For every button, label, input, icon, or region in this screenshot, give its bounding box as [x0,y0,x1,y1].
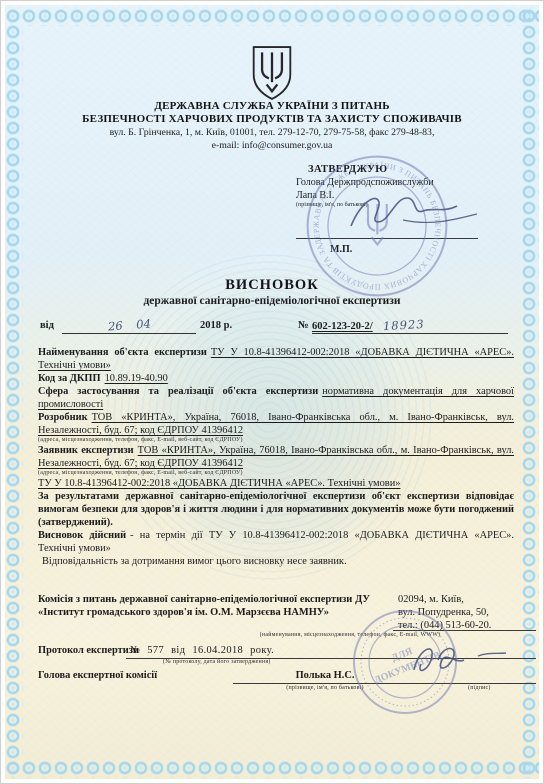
body-text-block: Найменування об'єкта експертизиТУ У 10.8… [38,346,514,568]
commission-underline [393,630,536,631]
date-fill-line: 26 04 [62,318,196,334]
object-paragraph: Найменування об'єкта експертизиТУ У 10.8… [38,346,514,372]
validity-paragraph: Висновок дійсний- на термін дії ТУ У 10.… [38,529,514,555]
commission-address-line2: вул. Попудренка, 50, [398,606,528,619]
guilloche-border-top [5,8,539,26]
protocol-value: № 577 від 16.04.2018 року. [130,645,274,656]
developer-hint: (адреса, місцезнаходження, телефон, факс… [38,437,514,444]
responsibility-line: Відповідальність за дотримання вимог цьо… [38,555,514,568]
document-title: ВИСНОВОК [0,277,544,294]
handwritten-date: 26 04 [107,317,151,334]
from-label: від [40,320,54,331]
ukraine-trident-emblem-icon [249,44,295,102]
developer-value: ТОВ «КРИНТА», Україна, 76018, Івано-Фран… [38,412,514,436]
number-sign: № [298,320,309,331]
org-address: вул. Б. Грінченка, 1, м. Київ, 01001, те… [0,127,544,139]
scanned-certificate-page: ДЕРЖАВНА СЛУЖБА УКРАЇНИ З ПИТАНЬ БЕЗПЕЧН… [0,0,544,784]
header-block: ДЕРЖАВНА СЛУЖБА УКРАЇНИ З ПИТАНЬ БЕЗПЕЧН… [0,100,544,152]
protocol-label: Протокол експертизи [38,645,139,656]
seal-place-mark: М.П. [330,243,524,256]
number-prefix: 602-123-20-2/ [312,321,373,332]
approve-label: ЗАТВЕРДЖУЮ [308,163,524,176]
validity-label: Висновок дійсний [38,530,126,541]
applicant-paragraph: Заявник експертизиТОВ «КРИНТА», Україна,… [38,444,514,470]
developer-label: Розробник [38,412,88,423]
number-fill-line: 602-123-20-2/18923 [312,318,508,334]
protocol-hint: (№ протоколу, дата його затвердження) [163,659,271,666]
handwritten-signature [345,182,483,240]
scope-label: Сфера застосування та реалізації об'єкта… [38,386,318,397]
dkpp-value: 10.89.19-40.90 [105,373,168,384]
chairman-label: Голова експертної комісії [38,670,157,681]
guilloche-border-bottom [5,760,539,778]
org-name-line2: БЕЗПЕЧНОСТІ ХАРЧОВИХ ПРОДУКТІВ ТА ЗАХИСТ… [0,113,544,126]
commission-name: Комісія з питань державної санітарно-епі… [38,593,370,619]
document-subtitle: державної санітарно-епідеміологічної екс… [0,295,544,307]
chairman-underline [233,683,536,684]
approval-block: ДЕРЖАВНА СЛУЖБА УКРАЇНИ З ПИТАНЬ БЕЗПЕЧН… [296,163,524,256]
applicant-label: Заявник експертизи [38,445,134,456]
org-email: e-mail: info@consumer.gov.ua [0,140,544,152]
handwritten-number: 18923 [382,317,424,333]
result-paragraph: За результатами державної санітарно-епід… [38,490,514,529]
tu-line: ТУ У 10.8-41396412-002:2018 «ДОБАВКА ДІЄ… [38,477,514,490]
commission-address: 02094, м. Київ, вул. Попудренка, 50, тел… [398,593,528,633]
chairman-name-hint: (прізвище, ім'я, по батькові) [240,685,410,692]
scope-paragraph: Сфера застосування та реалізації об'єкта… [38,385,514,411]
commission-address-line1: 02094, м. Київ, [398,593,528,606]
dkpp-label: Код за ДКПП [38,373,101,384]
dkpp-paragraph: Код за ДКПП10.89.19-40.90 [38,372,514,385]
chairman-sign-hint: (підпис) [468,685,491,692]
object-label: Найменування об'єкта експертизи [38,347,207,358]
applicant-hint: (адреса, місцезнаходження, телефон, факс… [38,470,514,477]
org-name-line1: ДЕРЖАВНА СЛУЖБА УКРАЇНИ З ПИТАНЬ [0,100,544,113]
developer-paragraph: РозробникТОВ «КРИНТА», Україна, 76018, І… [38,411,514,437]
year-label: 2018 р. [200,320,232,331]
chairman-name: Полька Н.С. [240,670,410,681]
date-number-row: від 26 04 2018 р. № 602-123-20-2/18923 [0,318,544,336]
chairman-handwritten-signature [406,638,526,682]
